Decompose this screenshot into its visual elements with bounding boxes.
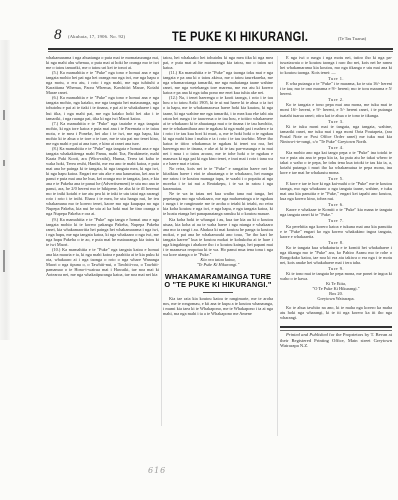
paragraph: (10.) Ka mamahitia e te "Puke" nga tanga… (46, 247, 159, 277)
masthead: 8 (Akuhata, 17, 1906. No. 92) TE PUKE KI… (44, 30, 394, 44)
paragraph: (7.) Ka mamahitia e te "Puke" nga tautoh… (46, 121, 159, 146)
section-rule (203, 292, 233, 293)
rule-body: Ko te tangata e tono pepa mai ana mona, … (280, 102, 392, 117)
imprint: Printed and Published for the Proprietor… (280, 332, 392, 348)
paragraph: (9.) Ka mamahitia e te "Puke" nga tanga … (46, 217, 159, 247)
rule-body: Kaore e whakaae te Komiti o te "Puke" ki… (280, 207, 392, 217)
paragraph: Kia tae raia kia koutou katoa te rangima… (163, 296, 273, 316)
paragraph: Ne te wa in tatau nei kua waiho tana nui… (163, 191, 273, 216)
imprint-rule-thin (280, 330, 392, 331)
paragraph: (6.) Ka mamahitia e te "Puke" nga tono e… (46, 95, 159, 120)
imprint-rule (280, 326, 392, 328)
paragraph: (12.) Na, i tenei haerenga o te kooti ta… (163, 95, 273, 166)
rule-body: Ki te tuku moni mai te tangata, nga tang… (280, 124, 392, 144)
paragraph: tatou, hei whakaako hei tohutohu ki nga … (163, 55, 273, 70)
signoff-line: "Te Puke Ki Hikurangi." (163, 262, 273, 267)
column-3: E nga iwi o runga i nga motu nei, tutiro… (280, 55, 392, 348)
section-heading-line: O "TE PUKE KI HIKURANGI." (164, 280, 271, 289)
rule-body: E kore e tae te hoe ki nga kai-mahi o te… (280, 181, 392, 201)
paragraph: (11.) Ka mamahitia e te "Puke" nga taong… (163, 70, 273, 95)
rule-body: Ki te tono mai te tangata he pepa mona, … (280, 271, 392, 281)
gutter-shadow (3, 110, 5, 120)
rule-body: Ka perehitia nga korero katoa e tukuna m… (280, 224, 392, 239)
supplement-label: (Te Tau Tuarua) (338, 36, 366, 41)
imprint-lead: Printed and Published (286, 332, 328, 337)
paragraph: whakamarama i nga ahuatanga o puta mai t… (46, 55, 159, 70)
address-line: Greytown Wairarapa. (280, 296, 392, 301)
gutter-shadow (3, 250, 5, 272)
paragraph: (5.) Ka mamahitia e te "Puke" nga tono e… (46, 70, 159, 95)
paragraph: Kia koha hoki te whangai i au, kua tae k… (163, 217, 273, 257)
gutter-shadow (3, 160, 5, 166)
rule-body: Ko te tangata kua whakaturia e te komiti… (280, 245, 392, 265)
rule-body: Kia mohio ano nga kai tango pepa o te "P… (280, 150, 392, 175)
column-2: tatou, hei whakaako hei tohutohu ki nga … (163, 55, 273, 316)
intro-paragraph: E nga iwi o runga i nga motu nei, tutiro… (280, 55, 392, 75)
paragraph: No reira, kois nei te te "Puke" e rangat… (163, 166, 273, 191)
closing-note: Ko te ahua tawhito na ano, ki te maha ng… (280, 305, 392, 320)
masthead-rule (48, 48, 393, 50)
issue-date: (Akuhata, 17, 1906. No. 92) (68, 34, 125, 39)
newspaper-title: TE PUKE KI HIKURANGI. (172, 29, 308, 44)
section-heading: WHAKAMARAMAINGA TURE O "TE PUKE KI HIKUR… (163, 273, 273, 289)
pencil-annotation: 616 (148, 466, 166, 475)
column-1: whakamarama i nga ahuatanga o puta mai t… (46, 55, 159, 277)
masthead-rule-thin (48, 51, 393, 52)
rule-body: E wha putanga o te "Puke" i te marama, k… (280, 81, 392, 96)
paragraph: (8.) Ka mamahitia e te "Puke" nga tangat… (46, 146, 159, 217)
page-number: 8 (54, 27, 62, 44)
binding-gutter (0, 40, 10, 340)
